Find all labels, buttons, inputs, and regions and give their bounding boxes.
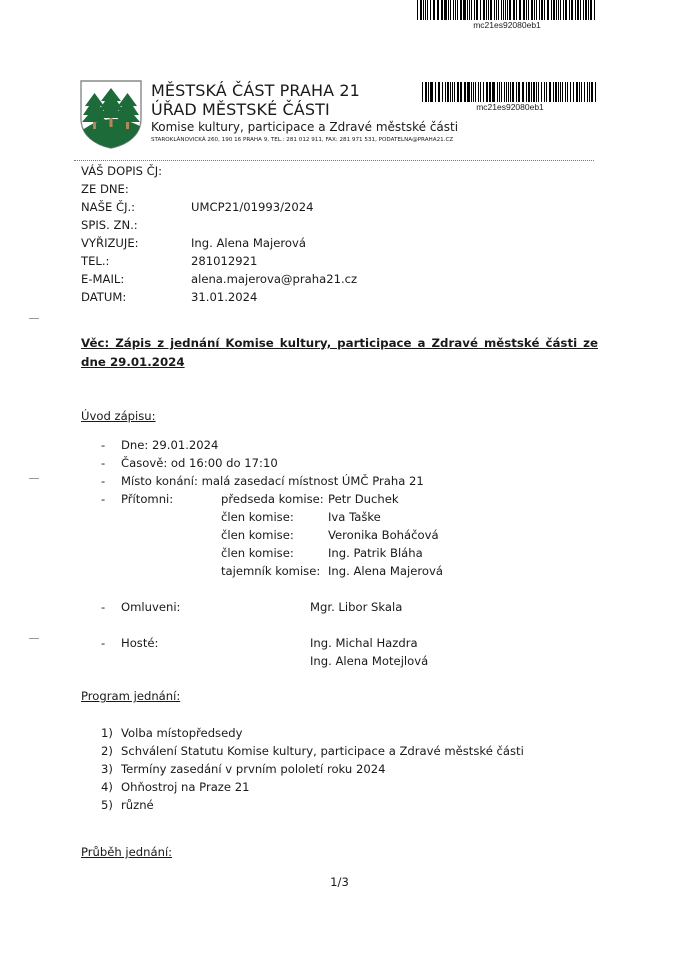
reference-label: E-MAIL:	[81, 270, 191, 288]
guest-name: Ing. Alena Motejlová	[310, 652, 428, 670]
fold-mark	[29, 318, 39, 319]
attendee-role: předseda komise:	[221, 490, 328, 508]
intro-item-guests: - Hosté: Ing. Michal Hazdra Ing. Alena M…	[101, 634, 428, 670]
barcode-caption: mc21es92080eb1	[422, 102, 598, 112]
barcode-bar	[519, 0, 521, 20]
barcode-bar	[571, 0, 573, 20]
reference-row: ZE DNE:	[81, 180, 357, 198]
barcode-bar	[526, 82, 528, 102]
barcode-bar	[417, 0, 418, 20]
reference-row: DATUM:31.01.2024	[81, 288, 357, 306]
bullet: -	[101, 454, 121, 472]
barcode-bar	[544, 82, 545, 102]
barcode-bar	[539, 0, 540, 20]
header-divider	[74, 160, 594, 161]
barcode-bar	[550, 82, 551, 102]
barcode-bar	[497, 82, 498, 102]
top-barcode: mc21es92080eb1	[417, 0, 597, 30]
intro-item-time: - Časově: od 16:00 do 17:10	[101, 454, 443, 472]
barcode-bar	[538, 82, 539, 102]
barcode-bar	[437, 0, 439, 20]
reference-label: NAŠE ČJ.:	[81, 198, 191, 216]
barcode-bar	[494, 0, 495, 20]
barcode-bar	[531, 0, 533, 20]
barcode-bar	[523, 0, 525, 20]
fold-mark	[29, 478, 39, 479]
header-barcode: mc21es92080eb1	[422, 82, 598, 112]
barcode-bar	[510, 0, 511, 20]
barcode-bar	[508, 82, 509, 102]
barcode-bar	[452, 82, 453, 102]
barcode-bar	[422, 82, 423, 102]
barcode-bar	[516, 82, 517, 102]
barcode-bar	[547, 0, 548, 20]
attendee-row: předseda komise:Petr Duchek	[221, 490, 443, 508]
barcode-bar	[480, 82, 482, 102]
reference-row: SPIS. ZN.:	[81, 216, 357, 234]
program-item-number: 2)	[101, 742, 121, 760]
barcode-bar	[513, 0, 514, 20]
attendee-role: člen komise:	[221, 544, 328, 562]
barcode-bar	[489, 82, 491, 102]
barcode-bar	[589, 82, 590, 102]
program-item: 2)Schválení Statutu Komise kultury, part…	[101, 742, 524, 760]
barcode-bar	[445, 82, 446, 102]
program-item: 5)různé	[101, 796, 524, 814]
barcode-bar	[483, 82, 484, 102]
attendee-role: člen komise:	[221, 526, 328, 544]
page-number: 1/3	[0, 875, 679, 889]
barcode-bar	[584, 82, 585, 102]
barcode-bar	[445, 0, 446, 20]
barcode-bar	[587, 82, 588, 102]
subject-line: Věc: Zápis z jednání Komise kultury, par…	[81, 334, 598, 372]
barcode-bar	[503, 0, 504, 20]
bullet: -	[101, 598, 121, 616]
barcode-bar	[474, 0, 475, 20]
barcode-bar	[522, 82, 524, 102]
barcode-bar	[467, 82, 468, 102]
program-item-text: Schválení Statutu Komise kultury, partic…	[121, 742, 524, 760]
barcode-bar	[490, 0, 492, 20]
guests-list: Ing. Michal Hazdra Ing. Alena Motejlová	[310, 634, 428, 670]
attendee-row: člen komise:Veronika Boháčová	[221, 526, 443, 544]
barcode-bar	[457, 82, 458, 102]
barcode-bar	[549, 82, 550, 102]
barcode-bar	[513, 82, 514, 102]
program-item-text: Volba místopředsedy	[121, 724, 242, 742]
intro-list: - Dne: 29.01.2024 - Časově: od 16:00 do …	[101, 436, 443, 580]
barcode-bar	[560, 82, 561, 102]
barcode-bar	[541, 0, 542, 20]
barcode-bar	[471, 82, 472, 102]
coat-of-arms-logo	[79, 79, 143, 149]
reference-row: TEL.:281012921	[81, 252, 357, 270]
guest-name: Ing. Michal Hazdra	[310, 634, 428, 652]
barcode-bar	[475, 82, 477, 102]
program-item-number: 1)	[101, 724, 121, 742]
program-item-number: 5)	[101, 796, 121, 814]
barcode-bar	[431, 82, 433, 102]
reference-label: SPIS. ZN.:	[81, 216, 191, 234]
barcode-bar	[453, 0, 454, 20]
barcode-bar	[575, 0, 576, 20]
program-item-number: 4)	[101, 778, 121, 796]
meeting-date: Dne: 29.01.2024	[121, 436, 218, 454]
header-office-name: ÚŘAD MĚSTSKÉ ČÁSTI	[151, 100, 330, 119]
barcode-bar	[509, 0, 510, 20]
barcode-bar	[541, 82, 542, 102]
barcode-bar	[450, 0, 451, 20]
barcode-bar	[507, 0, 508, 20]
barcode-bar	[486, 0, 488, 20]
intro-item-date: - Dne: 29.01.2024	[101, 436, 443, 454]
attendee-role: tajemník komise:	[221, 562, 328, 580]
reference-label: ZE DNE:	[81, 180, 191, 198]
meeting-place: Místo konání: malá zasedací místnost ÚMČ…	[121, 472, 424, 490]
reference-value: UMCP21/01993/2024	[191, 198, 314, 216]
barcode-bar	[585, 0, 586, 20]
barcode-bar	[441, 0, 442, 20]
reference-row: VÁŠ DOPIS ČJ:	[81, 162, 357, 180]
barcode-bar	[591, 82, 593, 102]
reference-value: 281012921	[191, 252, 257, 270]
barcode-bar	[577, 0, 579, 20]
barcode-bar	[460, 82, 461, 102]
header-district-name: MĚSTSKÁ ČÁST PRAHA 21	[151, 81, 360, 100]
reference-value: alena.majerova@praha21.cz	[191, 270, 357, 288]
intro-item-present: - Přítomni: předseda komise:Petr Duchekč…	[101, 490, 443, 580]
barcode-bar	[551, 0, 552, 20]
barcode-bar	[425, 82, 427, 102]
barcode-bar	[560, 0, 562, 20]
barcode-bar	[467, 0, 468, 20]
barcode-bar	[498, 0, 499, 20]
reference-value: Ing. Alena Majerová	[191, 234, 306, 252]
present-list: předseda komise:Petr Duchekčlen komise:I…	[221, 490, 443, 580]
barcode-bar	[447, 82, 448, 102]
barcode-bar	[536, 0, 537, 20]
program-item-number: 3)	[101, 760, 121, 778]
barcode-bar	[476, 0, 478, 20]
barcode-bar	[534, 0, 535, 20]
program-heading: Program jednání:	[81, 689, 180, 703]
barcode-bar	[512, 82, 513, 102]
barcode-bar	[594, 0, 595, 20]
barcode-bar	[488, 0, 489, 20]
barcode-bar	[501, 82, 502, 102]
attendee-name: Iva Taške	[328, 508, 381, 526]
barcode-bar	[562, 82, 564, 102]
reference-value: 31.01.2024	[191, 288, 257, 306]
excused-label: Omluveni:	[121, 598, 310, 616]
barcode-bar	[536, 82, 537, 102]
barcode-bar	[563, 0, 564, 20]
barcode-bar	[496, 0, 497, 20]
reference-row: NAŠE ČJ.:UMCP21/01993/2024	[81, 198, 357, 216]
reference-row: VYŘIZUJE:Ing. Alena Majerová	[81, 234, 357, 252]
barcode-bar	[460, 0, 462, 20]
barcode-bars	[417, 0, 597, 20]
barcode-bar	[526, 0, 528, 20]
attendee-name: Ing. Alena Majerová	[328, 562, 443, 580]
bullet: -	[101, 634, 121, 670]
attendee-row: člen komise:Ing. Patrik Bláha	[221, 544, 443, 562]
barcode-bar	[555, 82, 557, 102]
bullet: -	[101, 436, 121, 454]
barcode-bar	[518, 82, 520, 102]
barcode-bar	[435, 82, 436, 102]
barcode-bar	[450, 82, 451, 102]
intro-heading: Úvod zápisu:	[81, 409, 156, 423]
barcode-bar	[531, 82, 532, 102]
barcode-bar	[505, 0, 506, 20]
program-item-text: různé	[121, 796, 154, 814]
intro-item-excused: - Omluveni: Mgr. Libor Skala	[101, 598, 402, 616]
excused-name: Mgr. Libor Skala	[310, 598, 402, 616]
attendee-row: tajemník komise:Ing. Alena Majerová	[221, 562, 443, 580]
barcode-bar	[506, 82, 507, 102]
barcode-bar	[583, 0, 584, 20]
barcode-bar	[501, 0, 502, 20]
barcode-bar	[473, 82, 474, 102]
barcode-bar	[454, 82, 455, 102]
barcode-bar	[455, 0, 456, 20]
reference-label: DATUM:	[81, 288, 191, 306]
barcode-bar	[483, 0, 485, 20]
barcode-bar	[558, 0, 559, 20]
barcode-bar	[468, 82, 470, 102]
barcode-bar	[428, 82, 429, 102]
barcode-bar	[553, 0, 555, 20]
barcode-bar	[457, 0, 458, 20]
barcode-bar	[448, 0, 449, 20]
barcode-bar	[533, 82, 535, 102]
intro-item-place: - Místo konání: malá zasedací místnost Ú…	[101, 472, 443, 490]
barcode-bar	[464, 0, 466, 20]
barcode-bar	[423, 0, 424, 20]
present-label: Přítomni:	[121, 490, 221, 580]
barcode-bar	[478, 82, 479, 102]
barcode-bar	[556, 0, 557, 20]
barcode-bar	[493, 82, 495, 102]
barcode-bar	[486, 82, 488, 102]
barcode-bar	[548, 0, 549, 20]
barcode-bar	[463, 0, 464, 20]
barcode-bar	[544, 0, 545, 20]
barcode-bar	[528, 0, 529, 20]
fold-mark	[29, 638, 39, 639]
barcode-bar	[581, 82, 582, 102]
barcode-bar	[430, 82, 431, 102]
barcode-bar	[590, 0, 592, 20]
barcode-bar	[461, 82, 462, 102]
program-item-text: Ohňostroj na Praze 21	[121, 778, 249, 796]
program-list: 1)Volba místopředsedy2)Schválení Statutu…	[101, 724, 524, 814]
barcode-bar	[427, 0, 429, 20]
barcode-bar	[595, 82, 596, 102]
barcode-bar	[492, 82, 493, 102]
barcode-bar	[570, 82, 571, 102]
attendee-row: člen komise:Iva Taške	[221, 508, 443, 526]
barcode-bar	[438, 82, 440, 102]
reference-row: E-MAIL:alena.majerova@praha21.cz	[81, 270, 357, 288]
barcode-bars	[422, 82, 598, 102]
barcode-bar	[504, 82, 505, 102]
barcode-bar	[573, 82, 575, 102]
barcode-bar	[430, 0, 431, 20]
barcode-bar	[425, 0, 426, 20]
barcode-bar	[546, 82, 547, 102]
attendee-role: člen komise:	[221, 508, 328, 526]
reference-label: VÁŠ DOPIS ČJ:	[81, 162, 191, 180]
barcode-bar	[480, 0, 481, 20]
header-address: STAROKLÁNOVICKÁ 260, 190 16 PRAHA 9, TEL…	[151, 136, 453, 144]
barcode-bar	[576, 82, 577, 102]
program-item-text: Termíny zasedání v prvním pololetí roku …	[121, 760, 385, 778]
barcode-bar	[469, 0, 470, 20]
reference-block: VÁŠ DOPIS ČJ:ZE DNE:NAŠE ČJ.:UMCP21/0199…	[81, 162, 357, 306]
program-item: 4)Ohňostroj na Praze 21	[101, 778, 524, 796]
reference-label: VYŘIZUJE:	[81, 234, 191, 252]
barcode-bar	[528, 82, 530, 102]
guests-label: Hosté:	[121, 634, 310, 670]
barcode-bar	[433, 0, 435, 20]
attendee-name: Petr Duchek	[328, 490, 399, 508]
meeting-time: Časově: od 16:00 do 17:10	[121, 454, 278, 472]
barcode-bar	[444, 0, 445, 20]
barcode-bar	[567, 82, 569, 102]
barcode-bar	[442, 82, 444, 102]
barcode-bar	[580, 0, 581, 20]
program-item: 3)Termíny zasedání v prvním pololetí rok…	[101, 760, 524, 778]
barcode-bar	[510, 82, 511, 102]
progress-heading: Průběh jednání:	[81, 845, 172, 859]
program-item: 1)Volba místopředsedy	[101, 724, 524, 742]
barcode-bar	[565, 82, 566, 102]
barcode-bar	[558, 82, 559, 102]
barcode-bar	[448, 82, 449, 102]
attendee-name: Veronika Boháčová	[328, 526, 439, 544]
barcode-bar	[420, 0, 422, 20]
barcode-bar	[499, 82, 500, 102]
barcode-bar	[553, 82, 554, 102]
attendee-name: Ing. Patrik Bláha	[328, 544, 423, 562]
barcode-caption: mc21es92080eb1	[417, 20, 597, 30]
barcode-bar	[588, 0, 589, 20]
reference-label: TEL.:	[81, 252, 191, 270]
barcode-bar	[471, 0, 473, 20]
barcode-bar	[516, 0, 518, 20]
barcode-bar	[442, 0, 443, 20]
trees-coat-of-arms-icon	[79, 79, 143, 149]
barcode-bar	[464, 82, 466, 102]
header-committee-name: Komise kultury, participace a Zdravé měs…	[151, 120, 458, 135]
barcode-bar	[569, 0, 570, 20]
bullet: -	[101, 490, 121, 580]
bullet: -	[101, 472, 121, 490]
barcode-bar	[565, 0, 567, 20]
barcode-bar	[579, 82, 581, 102]
